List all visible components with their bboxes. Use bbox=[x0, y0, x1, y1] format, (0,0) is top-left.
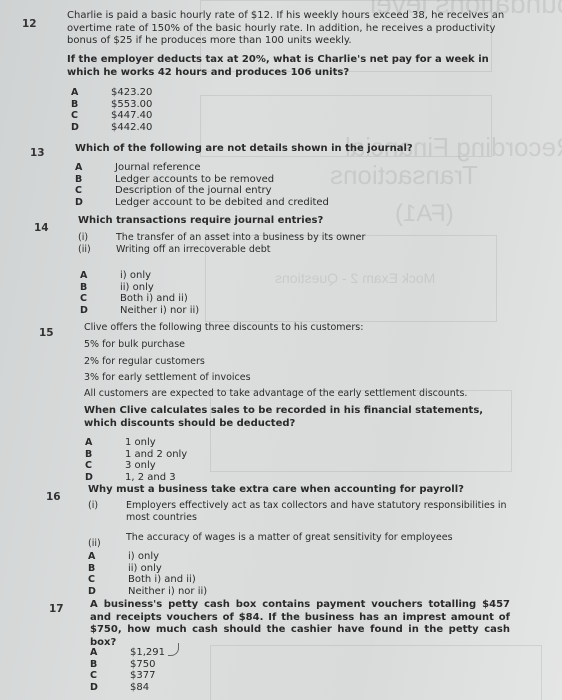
question-intro: Charlie is paid a basic hourly rate of $… bbox=[67, 10, 517, 48]
option-d[interactable]: DLedger account to be debited and credit… bbox=[75, 197, 329, 209]
option-b[interactable]: Bii) only bbox=[80, 282, 199, 294]
question-text: Which of the following are not details s… bbox=[75, 143, 515, 156]
question-number: 13 bbox=[30, 147, 45, 159]
show-through-box bbox=[210, 645, 542, 700]
option-c[interactable]: CDescription of the journal entry bbox=[75, 185, 329, 197]
options-list: Ai) only Bii) only CBoth i) and ii) DNei… bbox=[80, 270, 199, 316]
options-list: A$423.20 B$553.00 C$447.40 D$442.40 bbox=[71, 87, 152, 133]
question-text: If the employer deducts tax at 20%, what… bbox=[67, 54, 517, 79]
option-d[interactable]: DNeither i) nor ii) bbox=[88, 586, 207, 598]
question-text: Which transactions require journal entri… bbox=[78, 215, 518, 228]
option-c[interactable]: C$447.40 bbox=[71, 110, 152, 122]
options-list: A1 only B1 and 2 only C3 only D1, 2 and … bbox=[85, 437, 187, 483]
option-d[interactable]: DNeither i) nor ii) bbox=[80, 305, 199, 317]
option-d[interactable]: D$442.40 bbox=[71, 122, 152, 134]
option-d[interactable]: D$84 bbox=[90, 682, 165, 694]
option-c[interactable]: CBoth i) and ii) bbox=[80, 293, 199, 305]
option-a[interactable]: Ai) only bbox=[88, 551, 207, 563]
discount-line: 3% for early settlement of invoices bbox=[84, 372, 524, 384]
option-a[interactable]: A$423.20 bbox=[71, 87, 152, 99]
show-through-text: Mock Exam 2 - Questions bbox=[275, 270, 435, 286]
option-b[interactable]: B$553.00 bbox=[71, 99, 152, 111]
option-a[interactable]: A1 only bbox=[85, 437, 187, 449]
question-number: 17 bbox=[49, 603, 64, 615]
option-b[interactable]: Bii) only bbox=[88, 563, 207, 575]
option-c[interactable]: C$377 bbox=[90, 670, 165, 682]
option-c[interactable]: CBoth i) and ii) bbox=[88, 574, 207, 586]
statement-ii: (ii)The accuracy of wages is a matter of… bbox=[88, 532, 508, 550]
question-number: 14 bbox=[34, 222, 49, 234]
option-a[interactable]: AJournal reference bbox=[75, 162, 329, 174]
discount-line: 5% for bulk purchase bbox=[84, 339, 524, 351]
statement-i: (i)The transfer of an asset into a busin… bbox=[78, 232, 365, 244]
question-text: A business's petty cash box contains pay… bbox=[90, 599, 510, 649]
statement-i: (i)Employers effectively act as tax coll… bbox=[88, 500, 508, 524]
statements-list: (i)The transfer of an asset into a busin… bbox=[78, 232, 365, 256]
options-list: A$1,291 B$750 C$377 D$84 bbox=[90, 647, 165, 693]
statement-ii: (ii)Writing off an irrecoverable debt bbox=[78, 244, 365, 256]
question-number: 16 bbox=[46, 491, 61, 503]
handwritten-tick-mark bbox=[168, 643, 179, 656]
question-number: 15 bbox=[39, 327, 54, 339]
statements-list: (i)Employers effectively act as tax coll… bbox=[88, 500, 508, 550]
question-text: When Clive calculates sales to be record… bbox=[84, 405, 504, 430]
discount-line: 2% for regular customers bbox=[84, 356, 524, 368]
option-c[interactable]: C3 only bbox=[85, 460, 187, 472]
option-b[interactable]: BLedger accounts to be removed bbox=[75, 174, 329, 186]
show-through-text: Transactions bbox=[330, 160, 478, 191]
question-text: Why must a business take extra care when… bbox=[88, 484, 528, 497]
question-number: 12 bbox=[22, 18, 37, 30]
options-list: AJournal reference BLedger accounts to b… bbox=[75, 162, 329, 208]
show-through-box bbox=[210, 390, 512, 472]
option-a[interactable]: Ai) only bbox=[80, 270, 199, 282]
option-b[interactable]: B1 and 2 only bbox=[85, 449, 187, 461]
options-list: Ai) only Bii) only CBoth i) and ii) DNei… bbox=[88, 551, 207, 597]
option-b[interactable]: B$750 bbox=[90, 659, 165, 671]
question-intro: Clive offers the following three discoun… bbox=[84, 322, 524, 334]
discount-note: All customers are expected to take advan… bbox=[84, 388, 504, 400]
option-d[interactable]: D1, 2 and 3 bbox=[85, 472, 187, 484]
option-a[interactable]: A$1,291 bbox=[90, 647, 165, 659]
